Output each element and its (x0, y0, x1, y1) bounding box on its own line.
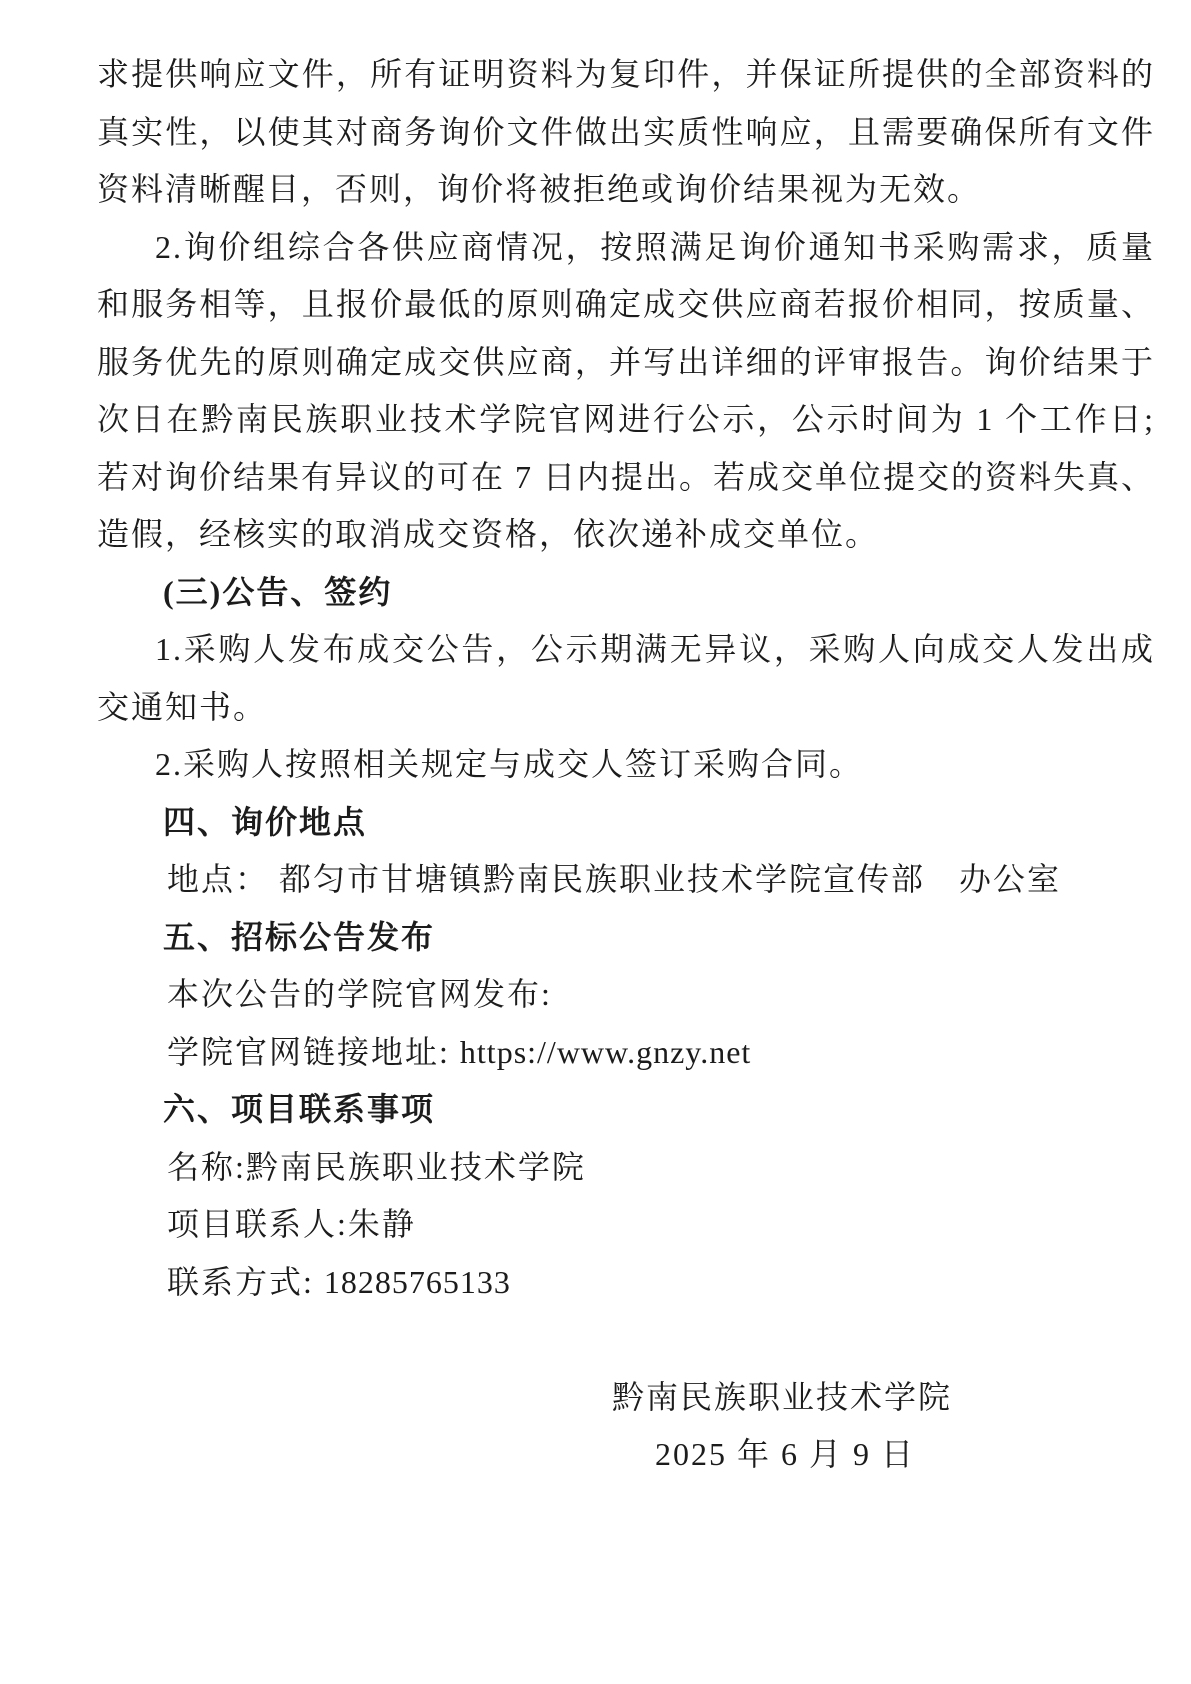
blank-line (97, 1311, 1155, 1369)
paragraph-response-requirements: 求提供响应文件，所有证明资料为复印件，并保证所提供的全部资料的真实性，以使其对商… (97, 46, 1155, 219)
paragraph-contract-signing: 2.采购人按照相关规定与成交人签订采购合同。 (97, 736, 1155, 794)
heading-announcement-signing: (三)公告、签约 (97, 564, 1155, 622)
heading-tender-publication: 五、招标公告发布 (97, 909, 1155, 967)
contact-phone-number: 18285765133 (324, 1264, 511, 1300)
paragraph-inquiry-location: 地点： 都匀市甘塘镇黔南民族职业技术学院宣传部 办公室 (97, 851, 1155, 909)
paragraph-org-name: 名称:黔南民族职业技术学院 (97, 1139, 1155, 1197)
paragraph-publication-channel: 本次公告的学院官网发布: (97, 966, 1155, 1024)
document-page: 求提供响应文件，所有证明资料为复印件，并保证所提供的全部资料的真实性，以使其对商… (0, 0, 1191, 1684)
paragraph-contact-person: 项目联系人:朱静 (97, 1196, 1155, 1254)
heading-project-contact: 六、项目联系事项 (97, 1081, 1155, 1139)
website-url: https://www.gnzy.net (460, 1034, 751, 1070)
paragraph-award-announcement: 1.采购人发布成交公告，公示期满无异议，采购人向成交人发出成交通知书。 (97, 621, 1155, 736)
signature-organization: 黔南民族职业技术学院 (97, 1369, 952, 1427)
heading-inquiry-location: 四、询价地点 (97, 794, 1155, 852)
contact-phone-label: 联系方式: (167, 1264, 324, 1300)
paragraph-website-link: 学院官网链接地址: https://www.gnzy.net (97, 1024, 1155, 1082)
website-link-label: 学院官网链接地址: (167, 1034, 460, 1070)
signature-date: 2025 年 6 月 9 日 (97, 1426, 915, 1484)
paragraph-contact-phone: 联系方式: 18285765133 (97, 1254, 1155, 1312)
paragraph-evaluation-rules: 2.询价组综合各供应商情况，按照满足询价通知书采购需求，质量和服务相等，且报价最… (97, 219, 1155, 564)
